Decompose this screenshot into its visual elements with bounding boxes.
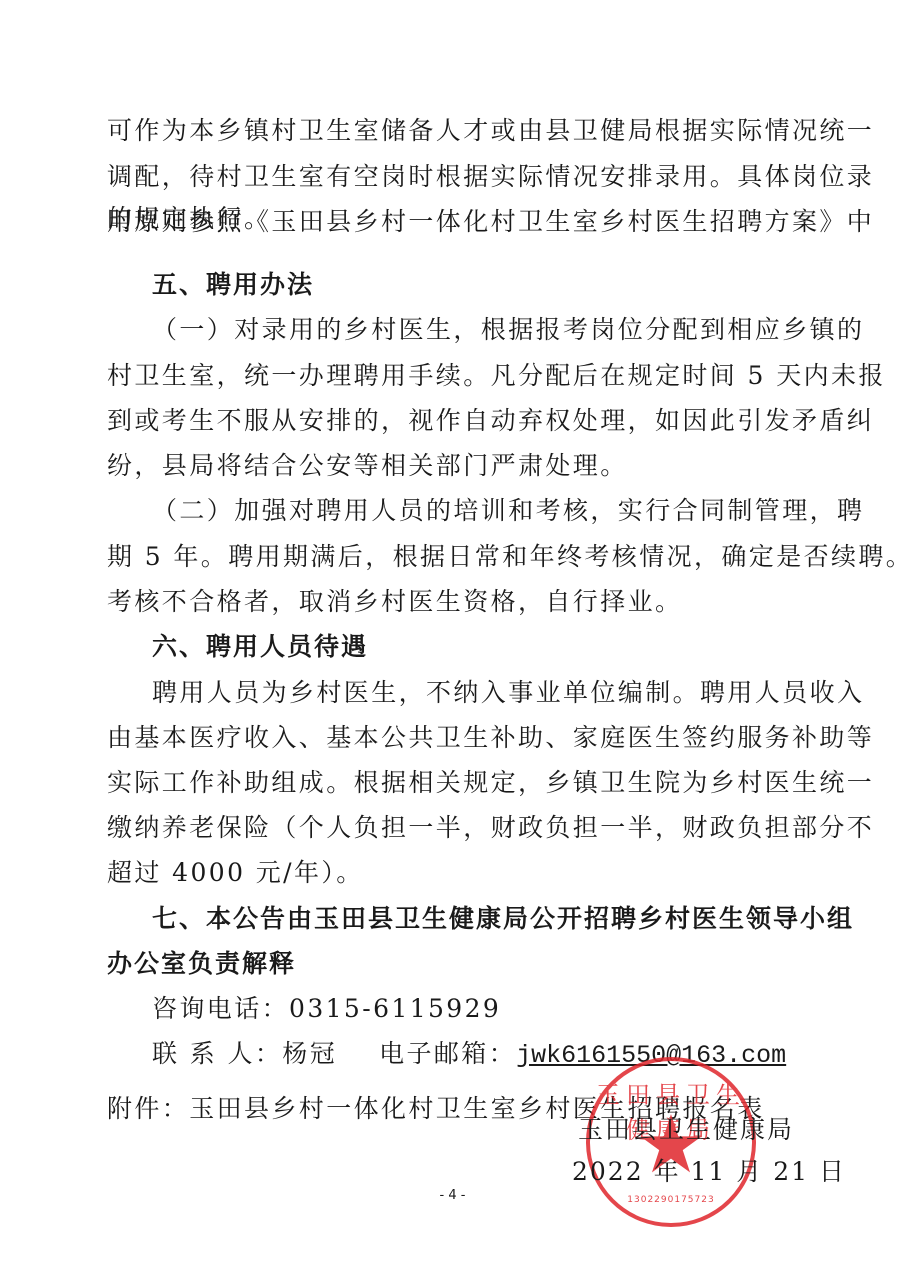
paragraph-line: 可作为本乡镇村卫生室储备人才或由县卫健局根据实际情况统一: [107, 114, 802, 148]
paragraph-line: 由基本医疗收入、基本公共卫生补助、家庭医生签约服务补助等: [107, 721, 802, 755]
paragraph-line: 聘用人员为乡村医生，不纳入事业单位编制。聘用人员收入: [152, 676, 847, 710]
email-label: 电子邮箱：: [379, 1039, 516, 1068]
paragraph-line: 调配，待村卫生室有空岗时根据实际情况安排录用。具体岗位录: [107, 160, 802, 194]
section-heading: 办公室负责解释: [107, 947, 802, 981]
document-page: 可作为本乡镇村卫生室储备人才或由县卫健局根据实际情况统一 调配，待村卫生室有空岗…: [0, 0, 905, 1280]
paragraph-line: 的规定执行。: [107, 202, 802, 236]
paragraph-line: 村卫生室，统一办理聘用手续。凡分配后在规定时间 5 天内未报: [107, 359, 802, 393]
section-heading: 五、聘用办法: [152, 268, 847, 302]
paragraph-line: 期 5 年。聘用期满后，根据日常和年终考核情况，确定是否续聘。: [107, 540, 802, 574]
signature-date: 2022 年 11 月 21 日: [572, 1152, 846, 1188]
paragraph-line: 缴纳养老保险（个人负担一半，财政负担一半，财政负担部分不: [107, 811, 802, 845]
section-heading: 六、聘用人员待遇: [152, 630, 847, 664]
contact-label: 联 系 人：: [152, 1039, 282, 1068]
paragraph-line: （二）加强对聘用人员的培训和考核，实行合同制管理，聘: [152, 494, 847, 528]
paragraph-line: 实际工作补助组成。根据相关规定，乡镇卫生院为乡村医生统一: [107, 766, 802, 800]
paragraph-line: 纷，县局将结合公安等相关部门严肃处理。: [107, 449, 802, 483]
phone-line: 咨询电话：0315-6115929: [152, 992, 847, 1026]
signature-org: 玉田县卫生健康局: [578, 1110, 794, 1146]
page-number: - 4 -: [0, 1188, 905, 1203]
section-heading: 七、本公告由玉田县卫生健康局公开招聘乡村医生领导小组: [152, 902, 847, 936]
phone-label: 咨询电话：: [152, 994, 289, 1023]
paragraph-line: （一）对录用的乡村医生，根据报考岗位分配到相应乡镇的: [152, 313, 847, 347]
phone-number: 0315-6115929: [289, 994, 501, 1023]
paragraph-line: 到或考生不服从安排的，视作自动弃权处理，如因此引发矛盾纠: [107, 404, 802, 438]
paragraph-line: 超过 4000 元/年）。: [107, 856, 802, 890]
contact-name: 杨冠: [282, 1039, 337, 1068]
paragraph-line: 考核不合格者，取消乡村医生资格，自行择业。: [107, 585, 802, 619]
contact-line: 联 系 人：杨冠电子邮箱：jwk6161550@163.com: [152, 1037, 847, 1073]
